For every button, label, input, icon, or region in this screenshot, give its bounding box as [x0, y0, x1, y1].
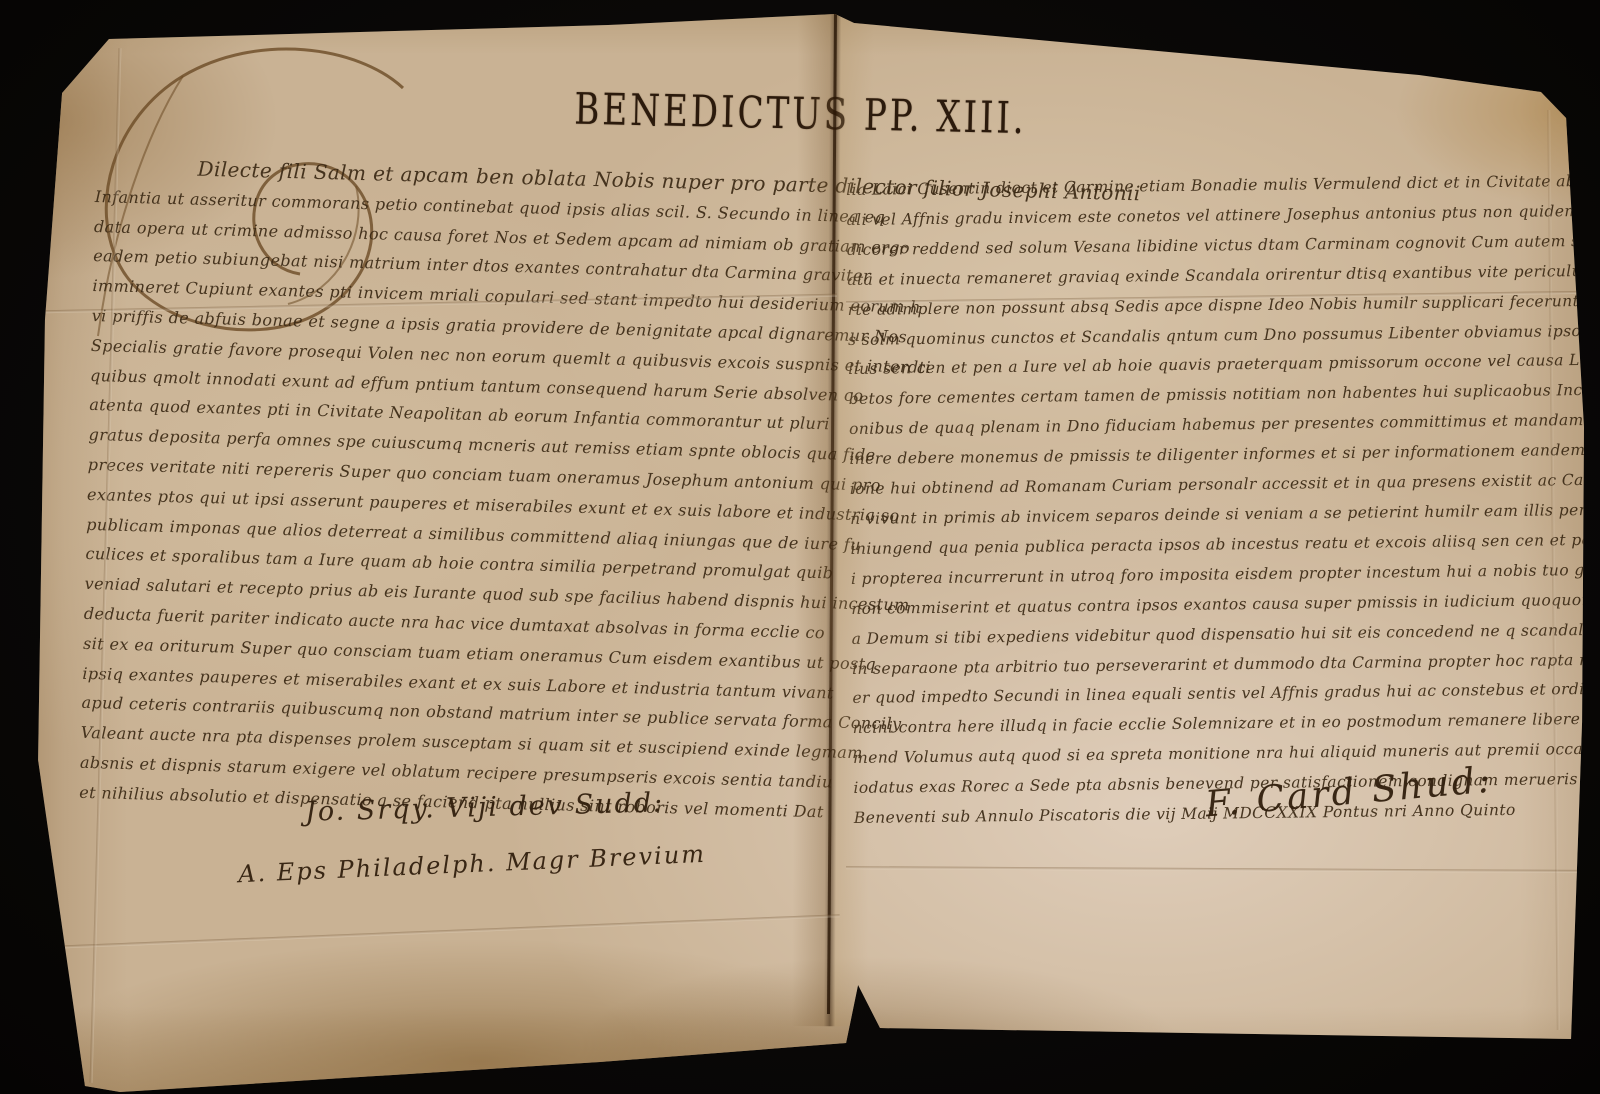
papal-title: BENEDICTUS PP. XIII.: [574, 84, 1045, 145]
crease-line: [846, 866, 1578, 873]
master-of-briefs-signature: A. Eps Philadelph. Magr Brevium: [238, 840, 707, 888]
parchment-sheet: BENEDICTUS PP. XIII. Dilecte fili Salm e…: [0, 0, 1600, 1094]
photo-backdrop: BENEDICTUS PP. XIII. Dilecte fili Salm e…: [0, 0, 1600, 1094]
left-page-text: Dilecte fili Salm et apcam ben oblata No…: [79, 152, 838, 827]
crease-line: [52, 914, 839, 949]
right-page-text: lia Laici Cusentin dioct et Carmine etia…: [846, 168, 1516, 834]
